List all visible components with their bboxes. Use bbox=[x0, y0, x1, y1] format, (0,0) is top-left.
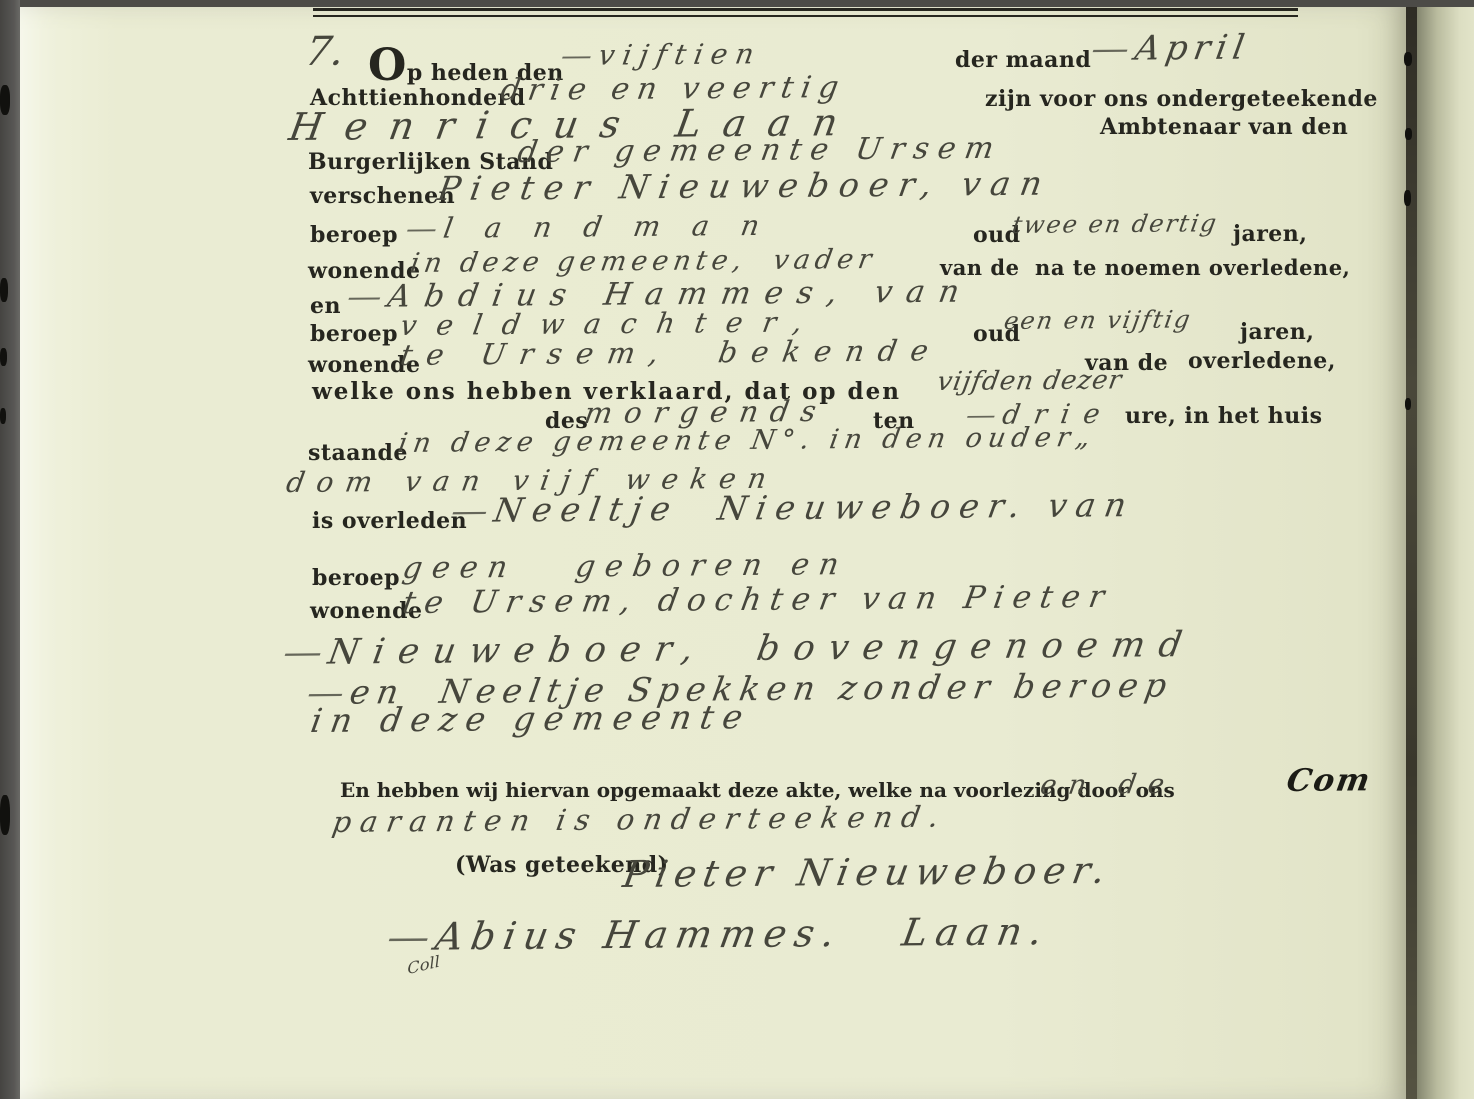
top-rule-1 bbox=[313, 8, 1298, 11]
hw-wonende-2: te Ursem, bekende bbox=[398, 333, 945, 372]
printed-en: en bbox=[310, 293, 341, 319]
printed-staande: staande bbox=[308, 440, 408, 466]
gutter-torn-mark bbox=[1405, 128, 1412, 140]
printed-relation-1: van de na te noemen overledene, bbox=[940, 255, 1350, 280]
signature-pieter-nieuweboer: Pieter Nieuweboer. bbox=[620, 849, 1116, 896]
book-gutter-edge bbox=[1406, 0, 1417, 1099]
printed-zijn-voor-ons: zijn voor ons ondergeteekende bbox=[985, 86, 1378, 112]
printed-beroep-1: beroep bbox=[310, 222, 398, 248]
printed-overledene: overledene, bbox=[1188, 348, 1336, 374]
gutter-torn-mark bbox=[1404, 190, 1411, 206]
hw-parents-line3: in deze gemeente bbox=[308, 697, 755, 740]
scan-left-edge bbox=[0, 0, 20, 1099]
gutter-torn-mark bbox=[1405, 398, 1411, 410]
edge-mark bbox=[0, 795, 10, 835]
printed-beroep-3: beroep bbox=[312, 565, 400, 591]
hw-age-1: twee en dertig bbox=[1010, 209, 1220, 239]
hw-death-date: vijfden dezer bbox=[935, 365, 1125, 397]
record-page: 7. Op heden den vijftien der maand April… bbox=[20, 7, 1410, 1099]
edge-mark bbox=[0, 408, 6, 424]
signature-hammes-laan: Abius Hammes. Laan. bbox=[386, 909, 1054, 959]
scanned-death-record: 7. Op heden den vijftien der maand April… bbox=[0, 0, 1474, 1099]
gutter-torn-mark bbox=[1404, 52, 1412, 66]
edge-mark bbox=[0, 85, 10, 115]
printed-ure-in-het-huis: ure, in het huis bbox=[1125, 403, 1322, 429]
hw-place: in deze gemeente N°. in den ouder„ bbox=[396, 422, 1098, 459]
hw-wonende-1: in deze gemeente, vader bbox=[408, 244, 879, 279]
printed-beroep-2: beroep bbox=[310, 321, 398, 347]
act-number: 7. bbox=[302, 29, 348, 75]
hw-declarant1-name: Pieter Nieuweboer, van bbox=[435, 164, 1055, 208]
hw-beroep-1: landman bbox=[405, 209, 794, 245]
hw-beroep-3: geen geboren en bbox=[400, 547, 851, 586]
printed-jaren-1: jaren, bbox=[1233, 221, 1307, 247]
scan-top-edge bbox=[0, 0, 1474, 7]
printed-jaren-2: jaren, bbox=[1240, 319, 1314, 345]
edge-mark bbox=[0, 348, 7, 366]
hw-age-2: een en vijftig bbox=[1002, 305, 1194, 335]
hw-closing-line2: paranten is onderteekend. bbox=[330, 800, 950, 839]
hw-wonende-3: te Ursem, dochter van Pieter bbox=[400, 579, 1116, 621]
hw-closing-com: Com bbox=[1284, 762, 1374, 799]
printed-ambtenaar-van-den: Ambtenaar van den bbox=[1100, 114, 1348, 140]
hw-day: vijftien bbox=[560, 37, 764, 72]
hw-deceased-name: Neeltje Nieuweboer. van bbox=[450, 485, 1138, 530]
printed-is-overleden: is overleden bbox=[312, 508, 467, 534]
adjacent-page-sliver bbox=[1417, 0, 1474, 1099]
top-rule-2 bbox=[313, 15, 1298, 17]
hw-month: April bbox=[1090, 28, 1253, 69]
printed-der-maand: der maand bbox=[955, 47, 1091, 73]
hw-closing-en-de: en de bbox=[1038, 769, 1179, 801]
printed-verschenen: verschenen bbox=[310, 183, 455, 209]
edge-mark bbox=[0, 278, 8, 302]
